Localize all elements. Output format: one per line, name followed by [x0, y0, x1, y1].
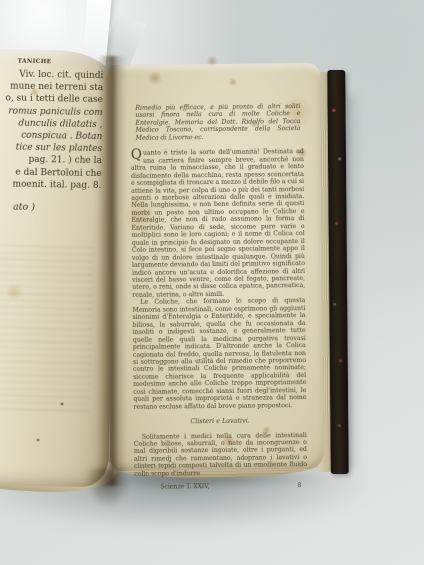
left-page-line: ato ): [0, 201, 101, 216]
foxing-spot: [30, 88, 39, 96]
left-page-line: tice sur les plantes: [0, 141, 102, 156]
section-heading: Clisteri e Lavativi.: [134, 417, 307, 426]
foxing-spot: [262, 426, 271, 434]
marbled-board-edge: [327, 70, 349, 474]
left-page-line: o, su i tetti delle case: [0, 92, 103, 107]
gutter-bottom-shadow: [86, 468, 130, 508]
show-through-text-ghost: [0, 245, 94, 416]
paragraph-1: Quanto è triste la sorte dell'umanità! D…: [131, 148, 306, 299]
left-page-line: romus paniculis com: [0, 104, 103, 119]
paragraph-3: Solitamente i medici nella cura delle in…: [134, 432, 307, 479]
book-photo-scene: TANICHE Viv. loc. cit. quindi mune nei t…: [0, 0, 424, 565]
paragraph-1-text: uanto è triste la sorte dell'umanità! De…: [131, 148, 305, 298]
gutter-shadow: [98, 56, 126, 486]
ink-speck: [36, 438, 40, 442]
foxing-spot: [205, 56, 219, 66]
left-page-line: moenit. ital. pag. 8.: [0, 178, 102, 193]
foxing-spot: [146, 72, 164, 84]
foxing-spot: [250, 120, 258, 128]
foxing-spot: [280, 98, 316, 126]
foxing-spot: [222, 436, 236, 446]
left-page-running-title: TANICHE: [18, 59, 52, 66]
foxing-spot: [4, 284, 24, 300]
ink-speck: [60, 402, 64, 406]
foxing-spot: [228, 78, 238, 86]
memoir-title: Rimedio più efficace, e più pronto di al…: [135, 103, 300, 142]
left-page-text-fragment: Viv. loc. cit. quindi mune nei terreni s…: [0, 68, 103, 216]
right-page-text-block: Rimedio più efficace, e più pronto di al…: [130, 103, 307, 491]
foxing-spot: [296, 148, 308, 158]
foxing-spot: [126, 194, 154, 238]
volume-signature: Scienze T. XXIV,: [160, 483, 209, 491]
drop-cap-initial: Q: [131, 150, 142, 161]
page-number: 8: [297, 482, 301, 489]
paragraph-2: Le Coliche, che formano lo scopo di ques…: [132, 297, 306, 411]
